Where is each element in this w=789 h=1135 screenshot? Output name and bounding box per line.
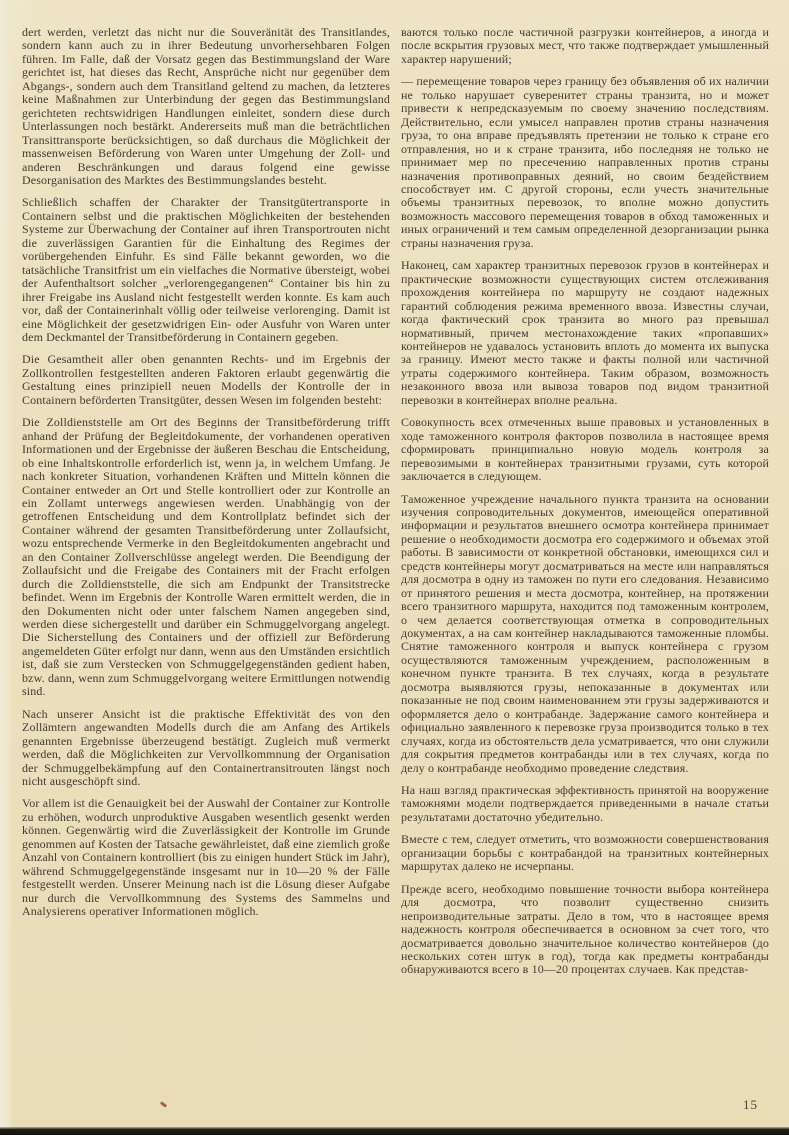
scan-edge-bar bbox=[0, 1127, 789, 1135]
text-paragraph: Die Gesamtheit aller oben genannten Rech… bbox=[22, 353, 390, 407]
text-paragraph: Совокупность всех отмеченных выше правов… bbox=[401, 416, 769, 483]
ink-speck bbox=[160, 1101, 167, 1108]
page-left-edge-highlight bbox=[0, 0, 13, 1135]
text-paragraph: Вместе с тем, следует отметить, что возм… bbox=[401, 833, 769, 873]
page-number: 15 bbox=[743, 1097, 758, 1113]
text-paragraph: dert werden, verletzt das nicht nur die … bbox=[22, 26, 390, 187]
text-paragraph: Таможенное учреждение начального пункта … bbox=[401, 493, 769, 776]
text-paragraph: На наш взгляд практическая эффективность… bbox=[401, 784, 769, 824]
text-paragraph: — перемещение товаров через границу без … bbox=[401, 75, 769, 250]
text-paragraph: Наконец, сам характер транзитных перевоз… bbox=[401, 259, 769, 407]
russian-text-column: ваются только после частичной разгрузки … bbox=[401, 26, 769, 977]
text-paragraph: Nach unserer Ansicht ist die praktische … bbox=[22, 708, 390, 789]
text-paragraph: ваются только после частичной разгрузки … bbox=[401, 26, 769, 66]
text-paragraph: Die Zolldienststelle am Ort des Beginns … bbox=[22, 416, 390, 699]
text-paragraph: Schließlich schaffen der Charakter der T… bbox=[22, 196, 390, 344]
text-columns: dert werden, verletzt das nicht nur die … bbox=[22, 26, 770, 977]
text-paragraph: Прежде всего, необходимо повышение точно… bbox=[401, 883, 769, 977]
german-text-column: dert werden, verletzt das nicht nur die … bbox=[22, 26, 390, 977]
text-paragraph: Vor allem ist die Genauigkeit bei der Au… bbox=[22, 797, 390, 918]
scanned-page: dert werden, verletzt das nicht nur die … bbox=[0, 0, 789, 1135]
